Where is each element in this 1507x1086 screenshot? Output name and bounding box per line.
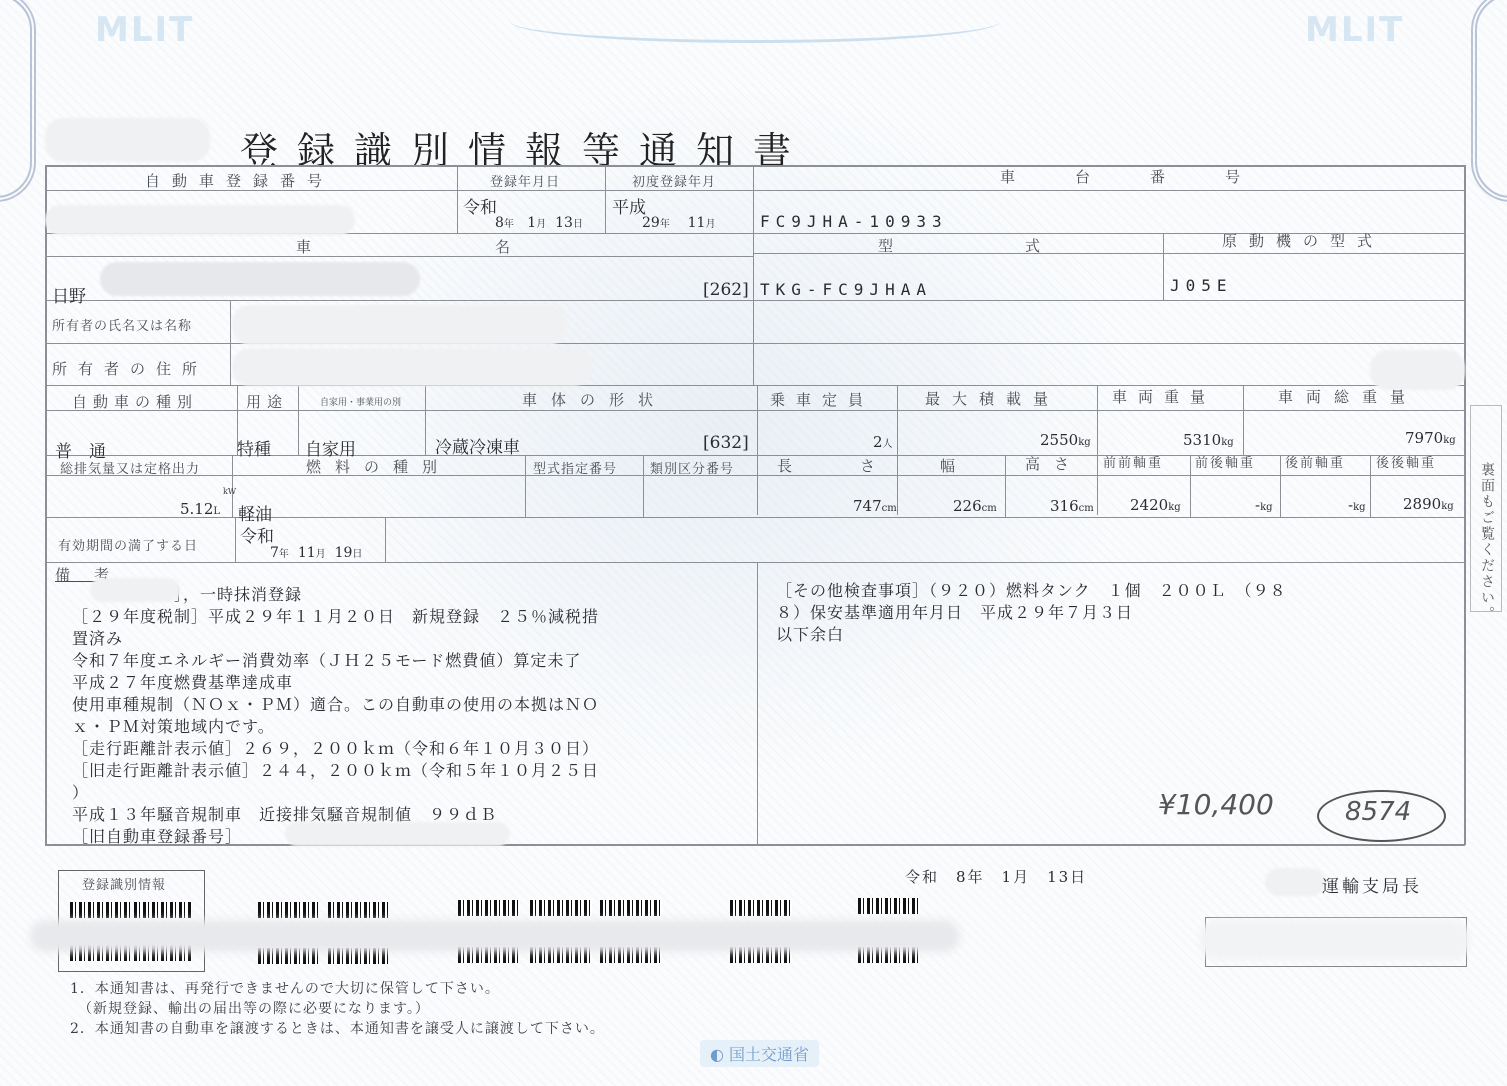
remark-line: 令和７年度エネルギー消費効率（ＪＨ２５モード燃費値）算定未了: [72, 650, 599, 672]
remark-line: 平成２７年度燃費基準達成車: [72, 672, 599, 694]
max-load-value: 2550kg: [1040, 431, 1091, 449]
expiry-month: 11: [298, 545, 316, 561]
weight-unit: kg: [1260, 502, 1272, 513]
remark-line: 以下余白: [776, 624, 1287, 646]
dim-unit: cm: [882, 503, 897, 514]
label-length-b: さ: [860, 455, 881, 476]
weight-unit: kg: [1168, 502, 1180, 513]
vehicle-name-value: 日野: [52, 282, 86, 307]
label-private-business: 自家用・事業用の別: [320, 395, 401, 408]
weight-unit: kg: [1441, 501, 1453, 512]
redacted-owner-address: [232, 348, 592, 386]
unit-year: 年: [279, 549, 289, 560]
mlit-logo-left: MLIT: [95, 10, 194, 50]
height-number: 316: [1050, 497, 1079, 515]
remark-line: ［２９年度税制］平成２９年１１月２０日 新規登録 ２５％減税措: [72, 606, 599, 628]
max-load-number: 2550: [1040, 431, 1078, 449]
expiry-date-value: 7年 11月 19日: [270, 545, 362, 561]
handwritten-number: 8574: [1345, 797, 1411, 827]
height-value: 316cm: [1050, 497, 1094, 515]
redacted-corner: [1370, 350, 1465, 390]
first-registration-value: 29年 11月: [642, 215, 715, 231]
label-length-a: 長: [777, 455, 798, 476]
label-rf-axle: 後前軸重: [1285, 452, 1345, 471]
ff-axle-value: 2420kg: [1130, 496, 1181, 514]
handwritten-fee: ¥10,400: [1158, 788, 1274, 821]
label-registration-date: 登録年月日: [490, 171, 560, 190]
engine-model-value: J05E: [1170, 276, 1233, 295]
label-model: 型: [878, 235, 899, 256]
label-ff-axle: 前前軸重: [1103, 452, 1163, 471]
reg-day: 13: [555, 215, 573, 231]
label-vehicle-type: 自動車の種別: [72, 391, 198, 412]
capacity-number: 2: [873, 433, 883, 451]
expiry-era: 令和: [240, 522, 274, 547]
ministry-emblem-icon: ◐: [710, 1045, 729, 1064]
redacted-old-registration: [285, 822, 510, 846]
label-engine-model: 原動機の型式: [1222, 230, 1384, 251]
ministry-name: 国土交通省: [729, 1045, 809, 1064]
redacted-office: [45, 118, 210, 162]
ornament-top: [510, 0, 1000, 43]
label-owner-name: 所有者の氏名又は名称: [52, 315, 192, 334]
model-value: TKG-FC9JHAA: [760, 280, 932, 299]
redacted-registration-number: [45, 205, 355, 235]
capacity-value: 2人: [873, 433, 893, 451]
label-usage: 用途: [246, 391, 288, 412]
registration-date-era: 令和: [463, 193, 497, 218]
rr-axle-number: 2890: [1403, 495, 1441, 513]
label-fuel-type: 燃料の種別: [306, 456, 451, 477]
remarks-right: ［その他検査事項］（９２０）燃料タンク １個 ２００Ｌ （９８８）保安基準適用年…: [776, 580, 1287, 646]
label-max-load: 最大積載量: [925, 388, 1060, 409]
reg-year: 8: [495, 215, 504, 231]
unit-day: 日: [352, 549, 362, 560]
qr-label: 登録識別情報: [82, 874, 166, 893]
gross-weight-value: 7970kg: [1405, 429, 1456, 447]
vehicle-weight-value: 5310kg: [1183, 431, 1234, 449]
label-type-designation: 型式指定番号: [533, 458, 617, 477]
redacted-owner-name: [232, 305, 567, 345]
capacity-unit: 人: [883, 439, 893, 450]
footnote-1: 1．本通知書は、再発行できませんので大切に保管して下さい。: [70, 978, 500, 998]
rr-axle-value: 2890kg: [1403, 495, 1454, 513]
label-vehicle-weight: 車両重量: [1112, 386, 1216, 407]
unit-day: 日: [573, 219, 583, 230]
usage-value: 特種: [237, 435, 271, 460]
remark-line: ［その他検査事項］（９２０）燃料タンク １個 ２００Ｌ （９８: [776, 580, 1287, 602]
label-displacement: 総排気量又は定格出力: [60, 458, 200, 477]
label-chassis-number: 車台番号: [1000, 166, 1300, 187]
body-shape-code: [632]: [703, 433, 749, 453]
unit-month: 月: [316, 549, 326, 560]
weight-unit: kg: [1443, 435, 1455, 446]
unit-month: 月: [705, 219, 715, 230]
dim-unit: cm: [1079, 503, 1094, 514]
label-model-shiki: 式: [1025, 235, 1046, 256]
unit-year: 年: [504, 219, 514, 230]
weight-unit: kg: [1353, 502, 1365, 513]
vehicle-weight-number: 5310: [1183, 431, 1221, 449]
label-body-shape: 車体の形状: [522, 389, 667, 410]
redacted-remark-prefix: [90, 578, 180, 602]
label-vehicle-name-name: 名: [495, 236, 516, 257]
length-number: 747: [853, 497, 882, 515]
reg-month: 1: [527, 215, 536, 231]
label-fr-axle: 前後軸重: [1195, 452, 1255, 471]
footnote-1-sub: （新規登録、輸出の届出等の際に必要になります。）: [70, 998, 430, 1018]
displacement-number: 5.12: [180, 500, 213, 518]
label-width: 幅: [940, 455, 961, 476]
footnote-2: 2．本通知書の自動車を譲渡するときは、本通知書を譲受人に譲渡して下さい。: [70, 1018, 605, 1038]
issue-date: 令和 8年 1月 13日: [905, 866, 1087, 887]
remark-line: 使用車種規制（ＮＯｘ・ＰＭ）適合。この自動車の使用の本拠はＮＯ: [72, 694, 599, 716]
chassis-number-value: FC9JHA-10933: [760, 212, 948, 231]
label-gross-weight: 車両総重量: [1278, 386, 1418, 407]
label-owner-address: 所有者の住所: [52, 358, 208, 379]
issuer: 運輸支局長: [1322, 872, 1422, 897]
remark-line: ）: [72, 782, 599, 804]
rf-axle-value: -kg: [1348, 496, 1366, 514]
ministry-logo: ◐ 国土交通省: [700, 1040, 819, 1067]
remark-line: ［旧走行距離計表示値］２４４，２００ｋｍ（令和５年１０月２５日: [72, 760, 599, 782]
remarks-left: ］，一時抹消登録［２９年度税制］平成２９年１１月２０日 新規登録 ２５％減税措置…: [72, 584, 599, 848]
first-month: 11: [688, 215, 706, 231]
redacted-qr-band: [30, 920, 960, 952]
remark-line: 置済み: [72, 628, 599, 650]
unit-month: 月: [536, 219, 546, 230]
remark-line: ｘ・ＰＭ対策地域内です。: [72, 716, 599, 738]
mlit-logo-right: MLIT: [1305, 10, 1404, 50]
label-category-number: 類別区分番号: [650, 458, 734, 477]
displacement-unit: L: [213, 506, 220, 517]
width-number: 226: [953, 497, 982, 515]
body-shape-value: 冷蔵冷凍車: [435, 433, 520, 458]
weight-unit: kg: [1078, 437, 1090, 448]
gross-weight-number: 7970: [1405, 429, 1443, 447]
ornament-corner-left: [0, 0, 36, 202]
vehicle-name-code: [262]: [703, 280, 749, 300]
ff-axle-number: 2420: [1130, 496, 1168, 514]
label-capacity: 乗車定員: [770, 389, 874, 410]
remark-line: ８）保安基準適用年月日 平成２９年７月３日: [776, 602, 1287, 624]
label-first-registration: 初度登録年月: [632, 171, 716, 190]
redacted-seal: [1200, 920, 1470, 960]
length-value: 747cm: [853, 497, 897, 515]
width-value: 226cm: [953, 497, 997, 515]
dim-unit: cm: [982, 503, 997, 514]
label-registration-number: 自動車登録番号: [145, 170, 334, 191]
first-registration-era: 平成: [612, 193, 646, 218]
redacted-issuer-region: [1265, 868, 1325, 896]
label-vehicle-name-car: 車: [296, 236, 317, 257]
unit-year: 年: [660, 219, 670, 230]
remark-line: ［走行距離計表示値］２６９，２００ｋｍ（令和６年１０月３０日）: [72, 738, 599, 760]
expiry-year: 7: [270, 545, 279, 561]
weight-unit: kg: [1221, 437, 1233, 448]
label-rr-axle: 後後軸重: [1376, 452, 1436, 471]
expiry-day: 19: [335, 545, 353, 561]
side-note: 裏面もご覧ください。: [1477, 462, 1497, 622]
ornament-corner-right: [1471, 0, 1507, 202]
label-expiry: 有効期間の満了する日: [58, 535, 198, 554]
first-year: 29: [642, 215, 660, 231]
label-height: 高さ: [1025, 453, 1083, 474]
displacement-unit-top: kW: [223, 487, 236, 496]
fr-axle-value: -kg: [1255, 496, 1273, 514]
displacement-value: 5.12L: [180, 500, 220, 518]
registration-date-value: 8年 1月 13日: [495, 215, 583, 231]
redacted-vehicle-name-extra: [100, 262, 420, 296]
